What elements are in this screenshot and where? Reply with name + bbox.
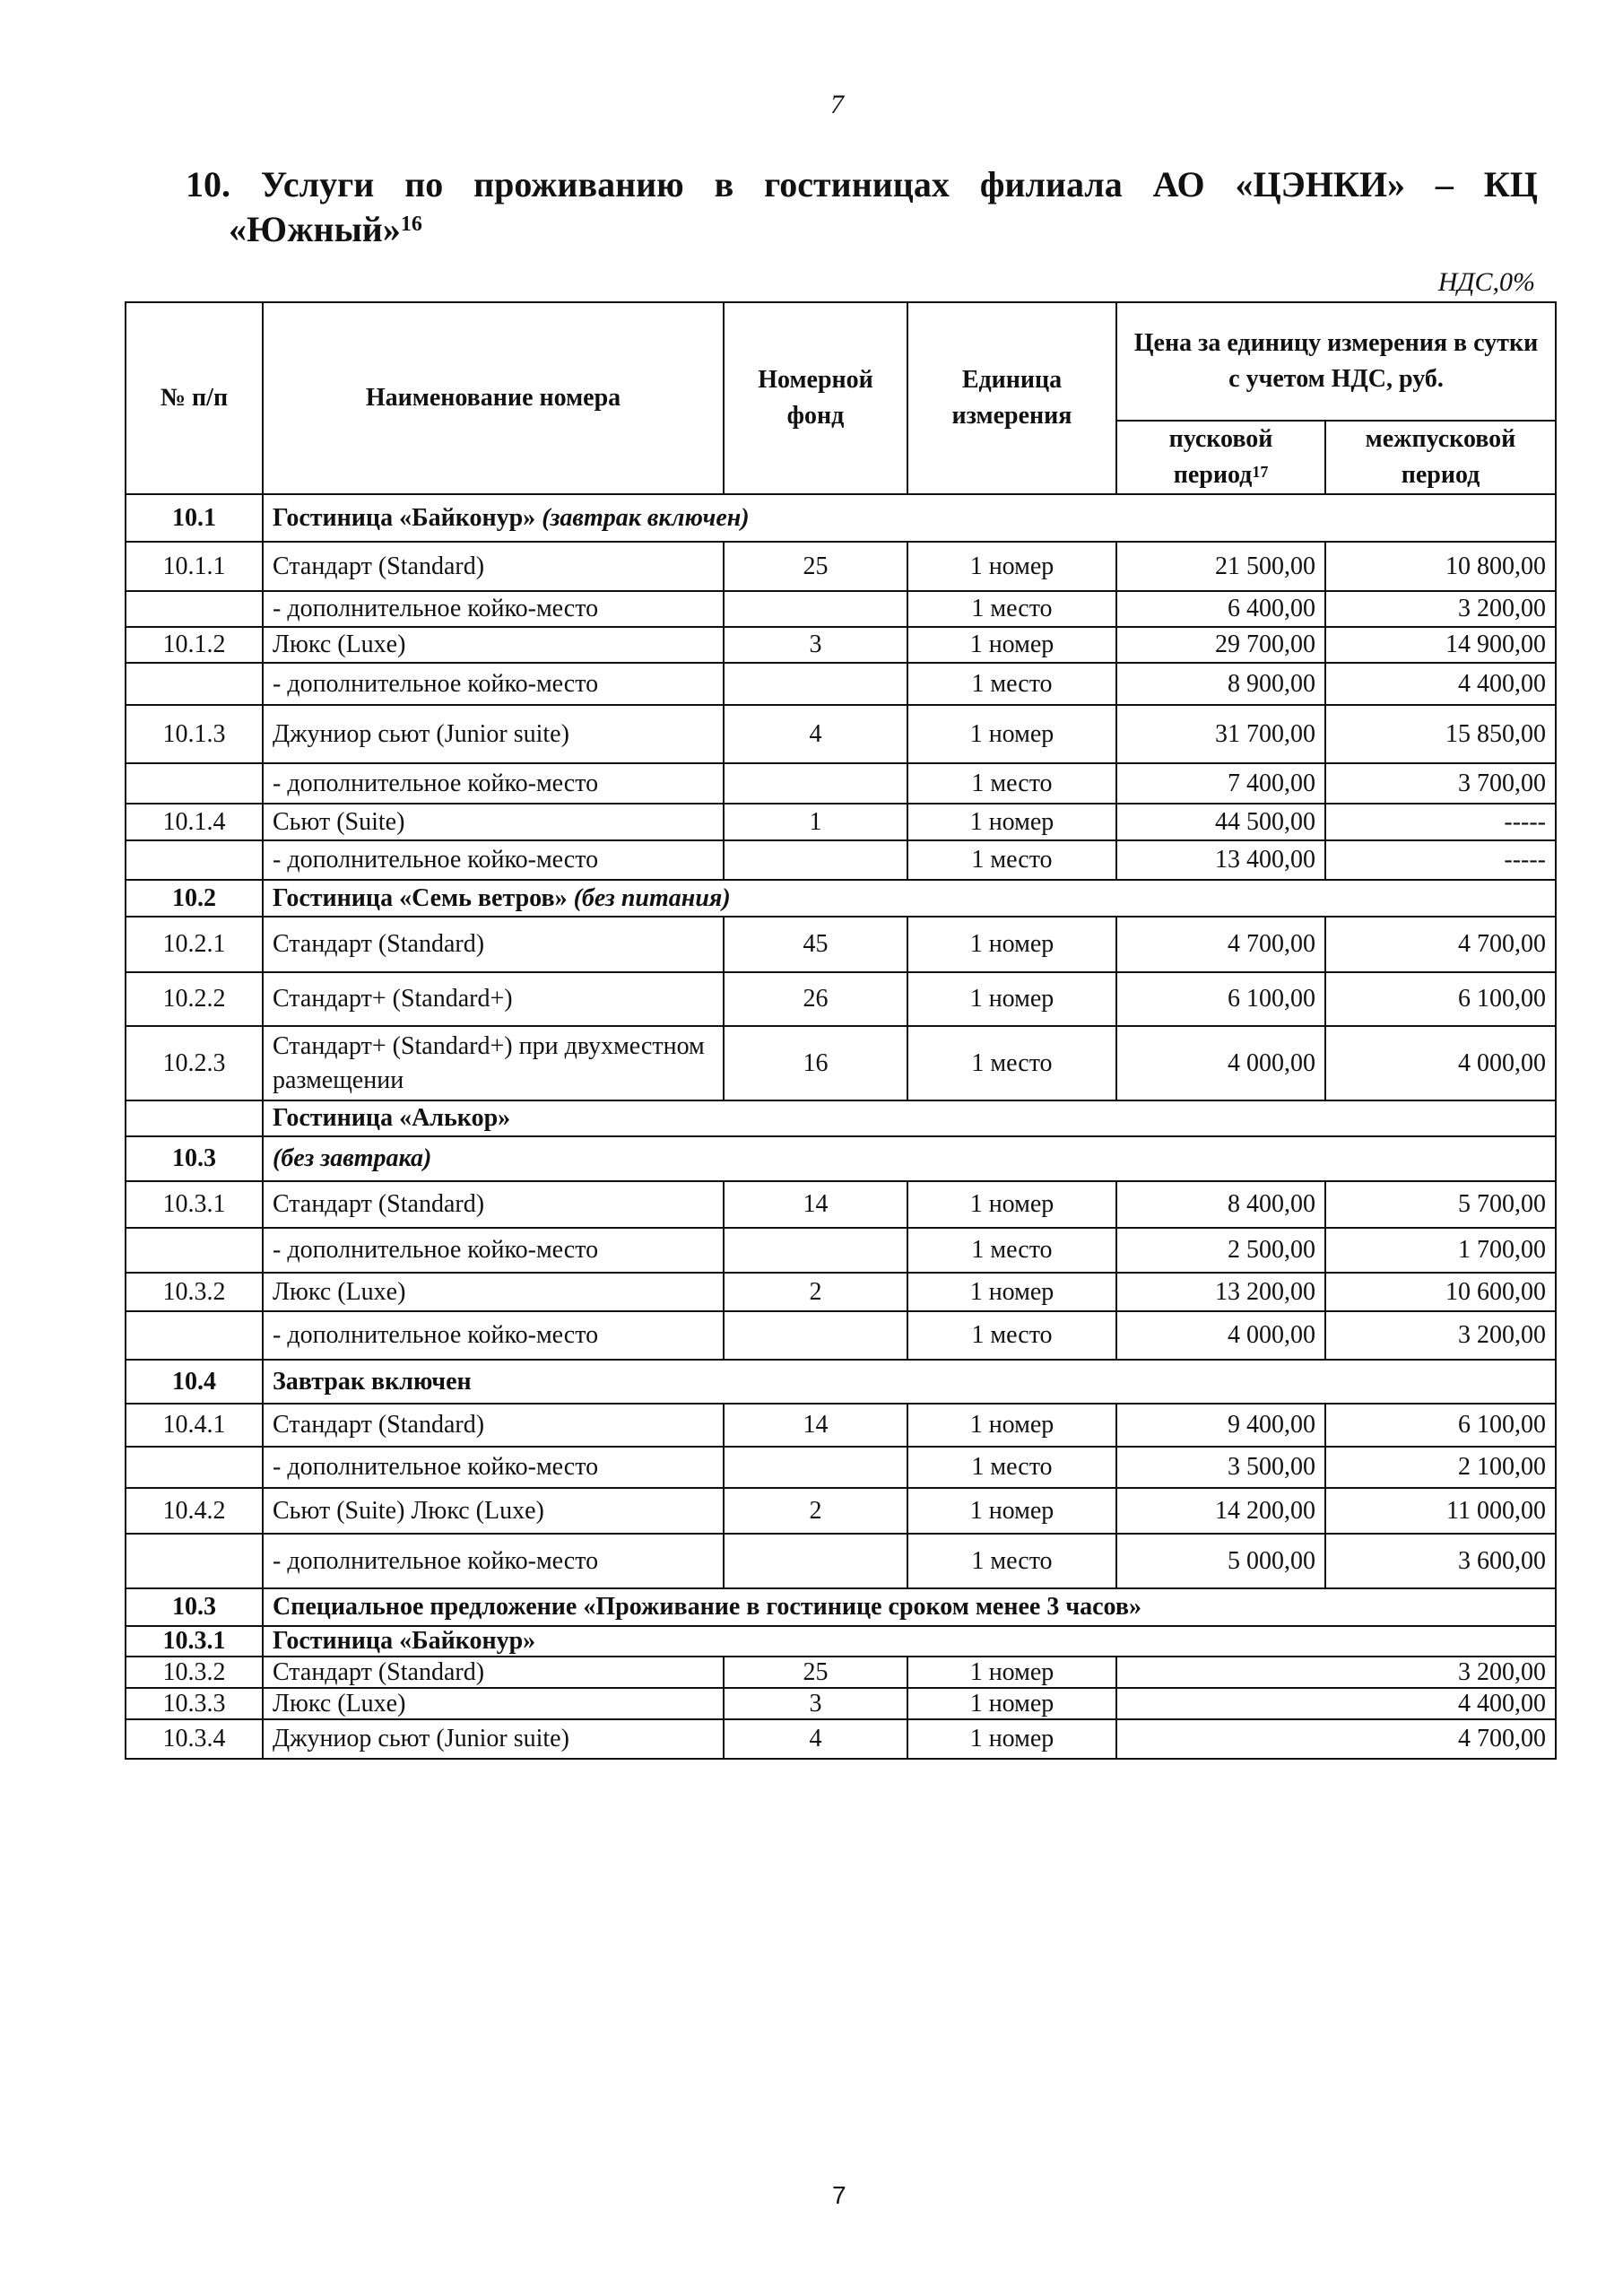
price-interlaunch: 3 600,00: [1325, 1534, 1556, 1588]
unit: 1 место: [907, 840, 1116, 880]
room-fund: 4: [724, 1719, 907, 1759]
section-note: (без завтрака): [273, 1144, 431, 1172]
room-name: Люкс (Luxe): [263, 1273, 724, 1311]
row-number: 10.3.1: [126, 1181, 263, 1228]
unit: 1 место: [907, 663, 1116, 705]
row-number: [126, 1447, 263, 1488]
price-table: № п/п Наименование номера Номерной фонд …: [125, 301, 1557, 1760]
header-fund: Номерной фонд: [724, 302, 907, 494]
room-fund: 16: [724, 1026, 907, 1100]
title-word: «ЦЭНКИ»: [1236, 162, 1405, 207]
header-name: Наименование номера: [263, 302, 724, 494]
row-number: 10.4.2: [126, 1488, 263, 1534]
price-short-stay: 4 700,00: [1116, 1719, 1556, 1759]
row-number: 10.1.1: [126, 542, 263, 591]
unit: 1 номер: [907, 1273, 1116, 1311]
price-launch: 13 200,00: [1116, 1273, 1325, 1311]
unit: 1 номер: [907, 542, 1116, 591]
footnote-ref-17: 17: [1252, 463, 1268, 481]
price-interlaunch: 14 900,00: [1325, 627, 1556, 663]
title-word: Услуги: [261, 162, 374, 207]
unit: 1 номер: [907, 627, 1116, 663]
title-word: филиала: [980, 162, 1123, 207]
row-number: 10.2.3: [126, 1026, 263, 1100]
room-fund: [724, 840, 907, 880]
price-launch: 4 000,00: [1116, 1026, 1325, 1100]
room-fund: 3: [724, 1688, 907, 1719]
room-fund: 3: [724, 627, 907, 663]
price-launch: 4 700,00: [1116, 917, 1325, 972]
title-word: по: [404, 162, 443, 207]
section-note: (без питания): [568, 884, 731, 912]
price-interlaunch: 6 100,00: [1325, 972, 1556, 1026]
room-fund: 14: [724, 1181, 907, 1228]
section-row: 10.3Специальное предложение «Проживание …: [126, 1588, 1556, 1626]
table-row: - дополнительное койко-место1 место8 900…: [126, 663, 1556, 705]
room-name: Стандарт (Standard): [263, 1657, 724, 1688]
room-name: Люкс (Luxe): [263, 1688, 724, 1719]
title-line-2-text: «Южный»: [229, 209, 401, 249]
section-name: Гостиница «Байконур»: [273, 1627, 535, 1655]
room-name: Сьют (Suite) Люкс (Luxe): [263, 1488, 724, 1534]
section-name: Гостиница «Байконур»: [273, 504, 535, 532]
unit: 1 место: [907, 1534, 1116, 1588]
table-row: 10.3.4Джуниор сьют (Junior suite)41 номе…: [126, 1719, 1556, 1759]
table-row: 10.1.4Сьют (Suite)11 номер44 500,00-----: [126, 804, 1556, 840]
row-number: 10.2.1: [126, 917, 263, 972]
unit: 1 номер: [907, 1488, 1116, 1534]
price-short-stay: 4 400,00: [1116, 1688, 1556, 1719]
section-title-line-1: 10. Услуги по проживанию в гостиницах фи…: [186, 162, 1538, 207]
unit: 1 место: [907, 1228, 1116, 1273]
room-fund: [724, 1447, 907, 1488]
unit: 1 номер: [907, 1719, 1116, 1759]
room-fund: 14: [724, 1404, 907, 1447]
unit: 1 место: [907, 1311, 1116, 1360]
row-number: [126, 663, 263, 705]
room-name: Стандарт (Standard): [263, 1181, 724, 1228]
price-launch: 3 500,00: [1116, 1447, 1325, 1488]
price-interlaunch: 3 200,00: [1325, 591, 1556, 627]
unit: 1 номер: [907, 972, 1116, 1026]
price-interlaunch: -----: [1325, 840, 1556, 880]
room-fund: 2: [724, 1273, 907, 1311]
row-number: 10.3.2: [126, 1273, 263, 1311]
section-title-cell: Гостиница «Семь ветров» (без питания): [263, 880, 1556, 917]
section-title-cell: Гостиница «Алькор»: [263, 1100, 1556, 1136]
price-interlaunch: 11 000,00: [1325, 1488, 1556, 1534]
room-fund: 45: [724, 917, 907, 972]
room-name: Сьют (Suite): [263, 804, 724, 840]
room-name: Люкс (Luxe): [263, 627, 724, 663]
room-fund: [724, 591, 907, 627]
section-title-cell: (без завтрака): [263, 1136, 1556, 1181]
price-interlaunch: 10 600,00: [1325, 1273, 1556, 1311]
room-fund: 1: [724, 804, 907, 840]
section-row: 10.2Гостиница «Семь ветров» (без питания…: [126, 880, 1556, 917]
room-fund: 26: [724, 972, 907, 1026]
title-word: в: [715, 162, 734, 207]
room-name: Стандарт (Standard): [263, 1404, 724, 1447]
price-launch: 6 400,00: [1116, 591, 1325, 627]
row-number: 10.1.2: [126, 627, 263, 663]
price-launch: 5 000,00: [1116, 1534, 1325, 1588]
price-interlaunch: 6 100,00: [1325, 1404, 1556, 1447]
table-row: - дополнительное койко-место1 место5 000…: [126, 1534, 1556, 1588]
table-row: - дополнительное койко-место1 место6 400…: [126, 591, 1556, 627]
row-number: 10.3: [126, 1588, 263, 1626]
header-price-group: Цена за единицу измерения в сутки с учет…: [1116, 302, 1556, 421]
title-word: КЦ: [1484, 162, 1538, 207]
section-title-cell: Гостиница «Байконур» (завтрак включен): [263, 494, 1556, 542]
row-number: [126, 840, 263, 880]
price-launch: 31 700,00: [1116, 705, 1325, 763]
section-note: (завтрак включен): [535, 504, 749, 532]
table-row: 10.4.2Сьют (Suite) Люкс (Luxe)21 номер14…: [126, 1488, 1556, 1534]
unit: 1 место: [907, 1447, 1116, 1488]
room-name: - дополнительное койко-место: [263, 1311, 724, 1360]
row-number: [126, 1311, 263, 1360]
room-name: - дополнительное койко-место: [263, 763, 724, 804]
room-name: Джуниор сьют (Junior suite): [263, 705, 724, 763]
row-number: 10.1.3: [126, 705, 263, 763]
table-row: 10.2.2Стандарт+ (Standard+)261 номер6 10…: [126, 972, 1556, 1026]
table-row: 10.1.2Люкс (Luxe)31 номер29 700,0014 900…: [126, 627, 1556, 663]
price-interlaunch: 4 400,00: [1325, 663, 1556, 705]
price-interlaunch: 2 100,00: [1325, 1447, 1556, 1488]
price-launch: 13 400,00: [1116, 840, 1325, 880]
section-row: 10.3(без завтрака): [126, 1136, 1556, 1181]
room-fund: [724, 663, 907, 705]
price-table-body: 10.1Гостиница «Байконур» (завтрак включе…: [126, 494, 1556, 1759]
row-number: 10.4: [126, 1360, 263, 1404]
price-interlaunch: 15 850,00: [1325, 705, 1556, 763]
section-title-line-2: «Южный»16: [186, 207, 1538, 252]
table-row: - дополнительное койко-место1 место4 000…: [126, 1311, 1556, 1360]
room-name: - дополнительное койко-место: [263, 1534, 724, 1588]
unit: 1 место: [907, 763, 1116, 804]
price-launch: 8 900,00: [1116, 663, 1325, 705]
room-name: Стандарт+ (Standard+): [263, 972, 724, 1026]
price-interlaunch: 10 800,00: [1325, 542, 1556, 591]
table-row: 10.3.2Стандарт (Standard)251 номер3 200,…: [126, 1657, 1556, 1688]
room-fund: [724, 763, 907, 804]
price-launch: 9 400,00: [1116, 1404, 1325, 1447]
row-number: 10.3.1: [126, 1626, 263, 1657]
row-number: [126, 1534, 263, 1588]
price-launch: 29 700,00: [1116, 627, 1325, 663]
unit: 1 номер: [907, 917, 1116, 972]
section-name: Завтрак включен: [273, 1368, 472, 1396]
table-row: 10.2.3Стандарт+ (Standard+) при двухмест…: [126, 1026, 1556, 1100]
table-row: 10.1.3Джуниор сьют (Junior suite)41 номе…: [126, 705, 1556, 763]
price-interlaunch: 3 700,00: [1325, 763, 1556, 804]
table-row: 10.3.3Люкс (Luxe)31 номер4 400,00: [126, 1688, 1556, 1719]
price-interlaunch: -----: [1325, 804, 1556, 840]
price-interlaunch: 1 700,00: [1325, 1228, 1556, 1273]
row-number: [126, 591, 263, 627]
price-launch: 8 400,00: [1116, 1181, 1325, 1228]
row-number: [126, 763, 263, 804]
room-name: - дополнительное койко-место: [263, 1447, 724, 1488]
room-fund: [724, 1311, 907, 1360]
room-name: - дополнительное койко-место: [263, 591, 724, 627]
room-name: - дополнительное койко-место: [263, 1228, 724, 1273]
title-word: гостиницах: [764, 162, 950, 207]
page-number-bottom: 7: [832, 2181, 846, 2210]
title-word: –: [1436, 162, 1454, 207]
price-interlaunch: 3 200,00: [1325, 1311, 1556, 1360]
room-name: Джуниор сьют (Junior suite): [263, 1719, 724, 1759]
header-num: № п/п: [126, 302, 263, 494]
unit: 1 номер: [907, 804, 1116, 840]
vat-note: НДС,0%: [1438, 267, 1535, 298]
title-word: проживанию: [473, 162, 684, 207]
section-name: Гостиница «Семь ветров»: [273, 884, 568, 912]
title-number: 10.: [186, 162, 230, 207]
room-name: Стандарт+ (Standard+) при двухместном ра…: [263, 1026, 724, 1100]
price-interlaunch: 5 700,00: [1325, 1181, 1556, 1228]
section-name: Гостиница «Алькор»: [273, 1104, 510, 1132]
row-number: 10.2: [126, 880, 263, 917]
row-number: 10.4.1: [126, 1404, 263, 1447]
price-interlaunch: 4 700,00: [1325, 917, 1556, 972]
room-fund: 25: [724, 542, 907, 591]
section-row: 10.3.1Гостиница «Байконур»: [126, 1626, 1556, 1657]
room-name: - дополнительное койко-место: [263, 840, 724, 880]
table-row: 10.4.1Стандарт (Standard)141 номер9 400,…: [126, 1404, 1556, 1447]
price-launch: 44 500,00: [1116, 804, 1325, 840]
table-row: 10.1.1Стандарт (Standard)251 номер21 500…: [126, 542, 1556, 591]
table-row: 10.2.1Стандарт (Standard)451 номер4 700,…: [126, 917, 1556, 972]
unit: 1 номер: [907, 705, 1116, 763]
room-fund: [724, 1534, 907, 1588]
price-launch: 6 100,00: [1116, 972, 1325, 1026]
row-number: 10.3: [126, 1136, 263, 1181]
table-row: - дополнительное койко-место1 место13 40…: [126, 840, 1556, 880]
row-number: 10.2.2: [126, 972, 263, 1026]
unit: 1 номер: [907, 1657, 1116, 1688]
header-unit: Единица измерения: [907, 302, 1116, 494]
table-row: 10.3.1Стандарт (Standard)141 номер8 400,…: [126, 1181, 1556, 1228]
unit: 1 номер: [907, 1688, 1116, 1719]
section-row: 10.1Гостиница «Байконур» (завтрак включе…: [126, 494, 1556, 542]
room-name: Стандарт (Standard): [263, 917, 724, 972]
room-fund: 2: [724, 1488, 907, 1534]
row-number: [126, 1228, 263, 1273]
price-launch: 2 500,00: [1116, 1228, 1325, 1273]
footnote-ref-16: 16: [401, 213, 422, 236]
table-row: - дополнительное койко-место1 место2 500…: [126, 1228, 1556, 1273]
title-word: АО: [1153, 162, 1205, 207]
unit: 1 номер: [907, 1181, 1116, 1228]
unit: 1 место: [907, 591, 1116, 627]
table-row: - дополнительное койко-место1 место3 500…: [126, 1447, 1556, 1488]
price-launch: 4 000,00: [1116, 1311, 1325, 1360]
room-fund: [724, 1228, 907, 1273]
section-title: 10. Услуги по проживанию в гостиницах фи…: [186, 162, 1538, 252]
room-fund: 4: [724, 705, 907, 763]
table-row: - дополнительное койко-место1 место7 400…: [126, 763, 1556, 804]
row-number: [126, 1100, 263, 1136]
row-number: 10.3.3: [126, 1688, 263, 1719]
price-short-stay: 3 200,00: [1116, 1657, 1556, 1688]
row-number: 10.1: [126, 494, 263, 542]
section-row: Гостиница «Алькор»: [126, 1100, 1556, 1136]
price-interlaunch: 4 000,00: [1325, 1026, 1556, 1100]
section-title-cell: Специальное предложение «Проживание в го…: [263, 1588, 1556, 1626]
row-number: 10.1.4: [126, 804, 263, 840]
page-number-top: 7: [830, 90, 844, 120]
unit: 1 место: [907, 1026, 1116, 1100]
row-number: 10.3.4: [126, 1719, 263, 1759]
price-launch: 7 400,00: [1116, 763, 1325, 804]
room-name: Стандарт (Standard): [263, 542, 724, 591]
section-title-cell: Гостиница «Байконур»: [263, 1626, 1556, 1657]
header-price-launch: пусковой период17: [1116, 421, 1325, 494]
section-row: 10.4Завтрак включен: [126, 1360, 1556, 1404]
room-fund: 25: [724, 1657, 907, 1688]
row-number: 10.3.2: [126, 1657, 263, 1688]
section-name: Специальное предложение «Проживание в го…: [273, 1593, 1141, 1621]
price-launch: 14 200,00: [1116, 1488, 1325, 1534]
header-price-interlaunch: межпусковой период: [1325, 421, 1556, 494]
unit: 1 номер: [907, 1404, 1116, 1447]
table-row: 10.3.2Люкс (Luxe)21 номер13 200,0010 600…: [126, 1273, 1556, 1311]
room-name: - дополнительное койко-место: [263, 663, 724, 705]
price-launch: 21 500,00: [1116, 542, 1325, 591]
section-title-cell: Завтрак включен: [263, 1360, 1556, 1404]
